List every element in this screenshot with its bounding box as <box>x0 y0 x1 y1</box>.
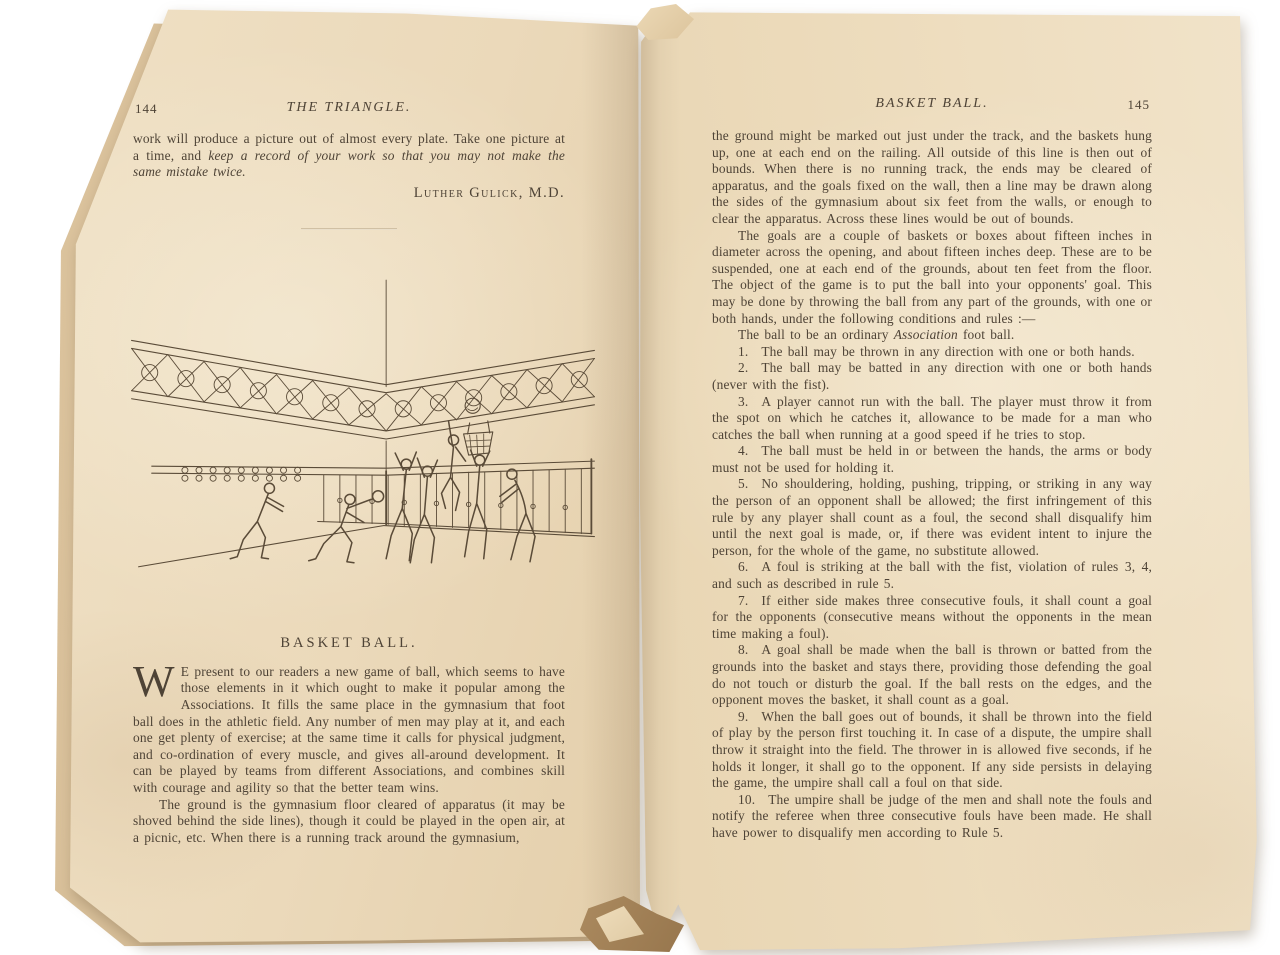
rule-text: The umpire shall be judge of the men and… <box>712 792 1152 840</box>
basketball-illustration <box>121 274 605 606</box>
rule-5: 5.No shouldering, holding, pushing, trip… <box>712 476 1152 559</box>
rule-9: 9.When the ball goes out of bounds, it s… <box>712 709 1152 792</box>
opening-paragraph: WE present to our readers a new game of … <box>133 664 565 797</box>
rule-1: 1.The ball may be thrown in any directio… <box>712 344 1152 361</box>
right-page-number: 145 <box>1128 97 1151 113</box>
rule-text: A goal shall be made when the ball is th… <box>712 642 1152 707</box>
ball-line-pre: The ball to be an ordinary <box>738 327 894 342</box>
rule-4: 4.The ball must be held in or between th… <box>712 443 1152 476</box>
right-page: BASKET BALL. 145 the ground might be mar… <box>638 0 1258 952</box>
goals-paragraph: The goals are a couple of baskets or box… <box>712 228 1152 328</box>
rule-number: 10. <box>738 792 755 807</box>
rule-number: 6. <box>738 559 748 574</box>
rule-2: 2.The ball may be batted in any directio… <box>712 360 1152 393</box>
rule-text: The ball may be batted in any direction … <box>712 360 1152 392</box>
rule-text: A player cannot run with the ball. The p… <box>712 394 1152 442</box>
rule-6: 6.A foul is striking at the ball with th… <box>712 559 1152 592</box>
ground-paragraph: The ground is the gymnasium floor cleare… <box>133 797 565 847</box>
rule-10: 10.The umpire shall be judge of the men … <box>712 792 1152 842</box>
intro-paragraph: work will produce a picture out of almos… <box>133 131 565 181</box>
rule-number: 3. <box>738 394 748 409</box>
rule-7: 7.If either side makes three consecutive… <box>712 593 1152 643</box>
right-page-wrap: BASKET BALL. 145 the ground might be mar… <box>638 0 1258 952</box>
ball-line: The ball to be an ordinary Association f… <box>712 327 1152 344</box>
left-page-header: 144 THE TRIANGLE. <box>133 100 565 120</box>
rule-number: 4. <box>738 443 748 458</box>
right-page-header: BASKET BALL. 145 <box>712 96 1152 116</box>
basket-ball-heading: BASKET BALL. <box>133 635 565 652</box>
left-page-wrap: 144 THE TRIANGLE. work will produce a pi… <box>56 4 640 950</box>
rule-3: 3.A player cannot run with the ball. The… <box>712 394 1152 444</box>
rule-number: 9. <box>738 709 748 724</box>
rule-text: A foul is striking at the ball with the … <box>712 559 1152 591</box>
rule-8: 8.A goal shall be made when the ball is … <box>712 642 1152 708</box>
rule-number: 2. <box>738 360 748 375</box>
ball-line-post: foot ball. <box>958 327 1015 342</box>
rule-number: 7. <box>738 593 748 608</box>
opening-text: E present to our readers a new game of b… <box>133 664 565 795</box>
left-page-number: 144 <box>135 101 158 117</box>
ball-line-italic: Association <box>894 327 958 342</box>
rule-number: 1. <box>738 344 748 359</box>
rule-number: 8. <box>738 642 748 657</box>
dropcap-w: W <box>133 664 181 698</box>
rule-number: 5. <box>738 476 748 491</box>
author-signature: Luther Gulick, M.D. <box>133 185 565 202</box>
rule-text: If either side makes three consecutive f… <box>712 593 1152 641</box>
left-running-title: THE TRIANGLE. <box>133 100 565 116</box>
rule-text: No shouldering, holding, pushing, trippi… <box>712 476 1152 557</box>
section-divider-rule <box>301 228 397 230</box>
left-page: 144 THE TRIANGLE. work will produce a pi… <box>56 4 640 950</box>
rule-text: When the ball goes out of bounds, it sha… <box>712 709 1152 790</box>
rule-text: The ball may be thrown in any direction … <box>761 344 1134 359</box>
continuation-paragraph: the ground might be marked out just unde… <box>712 128 1152 228</box>
book-spread: 144 THE TRIANGLE. work will produce a pi… <box>0 0 1280 955</box>
rule-text: The ball must be held in or between the … <box>712 443 1152 475</box>
right-running-title: BASKET BALL. <box>712 96 1152 112</box>
